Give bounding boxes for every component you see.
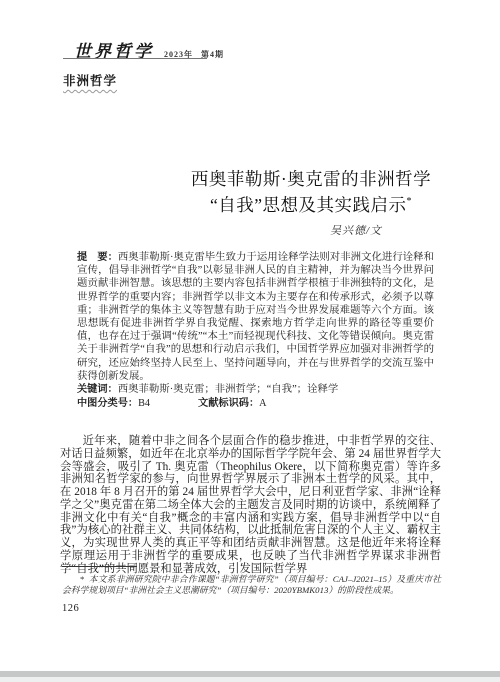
abstract-label: 提 要： [77, 252, 118, 263]
keywords-text: 西奥菲勒斯·奥克雷；非洲哲学；“自我”；诠释学 [118, 384, 339, 395]
footnote-text: 本文系非洲研究院中非合作课题“非洲哲学研究”（项目编号：CAJ–J2021–15… [62, 574, 441, 595]
title-line-1: 西奥菲勒斯·奥克雷的非洲哲学 [182, 166, 440, 192]
journal-page: 世界哲学2023年第4期 非洲哲学 西奥菲勒斯·奥克雷的非洲哲学 “自我”思想及… [0, 0, 500, 682]
clc-label: 中图分类号： [77, 398, 138, 409]
footnote-rule [62, 566, 137, 567]
article-body: 近年来，随着中非之间各个层面合作的稳步推进，中非哲学界的交往、对话日益频繁，如近… [60, 435, 441, 575]
body-paragraph: 近年来，随着中非之间各个层面合作的稳步推进，中非哲学界的交往、对话日益频繁，如近… [60, 435, 441, 575]
keywords-label: 关键词： [77, 384, 118, 395]
page-number: 126 [62, 603, 79, 614]
doc-type-label: 文献标识码： [198, 398, 259, 409]
footnote: * 本文系非洲研究院中非合作课题“非洲哲学研究”（项目编号：CAJ–J2021–… [62, 574, 441, 596]
scan-edge-light [0, 677, 500, 682]
author-byline: 吴兴德/文 [330, 222, 382, 238]
doc-type-value: A [259, 398, 266, 409]
title-footnote-marker: * [407, 196, 413, 207]
journal-name: 世界哲学 [74, 42, 154, 62]
footnote-marker: * [80, 574, 84, 584]
abstract-block: 提 要：西奥菲勒斯·奥克雷毕生致力于运用诠释学法则对非洲文化进行诠释和宣传，倡导… [77, 251, 434, 410]
classification-line: 中图分类号：B4文献标识码：A [77, 397, 434, 410]
article-title: 西奥菲勒斯·奥克雷的非洲哲学 “自我”思想及其实践启示* [182, 166, 440, 218]
abstract-paragraph: 提 要：西奥菲勒斯·奥克雷毕生致力于运用诠释学法则对非洲文化进行诠释和宣传，倡导… [77, 251, 434, 383]
section-label: 非洲哲学 [63, 71, 117, 89]
masthead-rule [63, 58, 207, 59]
keywords-paragraph: 关键词：西奥菲勒斯·奥克雷；非洲哲学；“自我”；诠释学 [77, 383, 434, 396]
footnote-paragraph: * 本文系非洲研究院中非合作课题“非洲哲学研究”（项目编号：CAJ–J2021–… [62, 574, 441, 596]
abstract-text: 西奥菲勒斯·奥克雷毕生致力于运用诠释学法则对非洲文化进行诠释和宣传，倡导非洲哲学… [77, 252, 434, 382]
title-line-2: “自我”思想及其实践启示* [182, 192, 440, 218]
clc-value: B4 [138, 398, 150, 409]
